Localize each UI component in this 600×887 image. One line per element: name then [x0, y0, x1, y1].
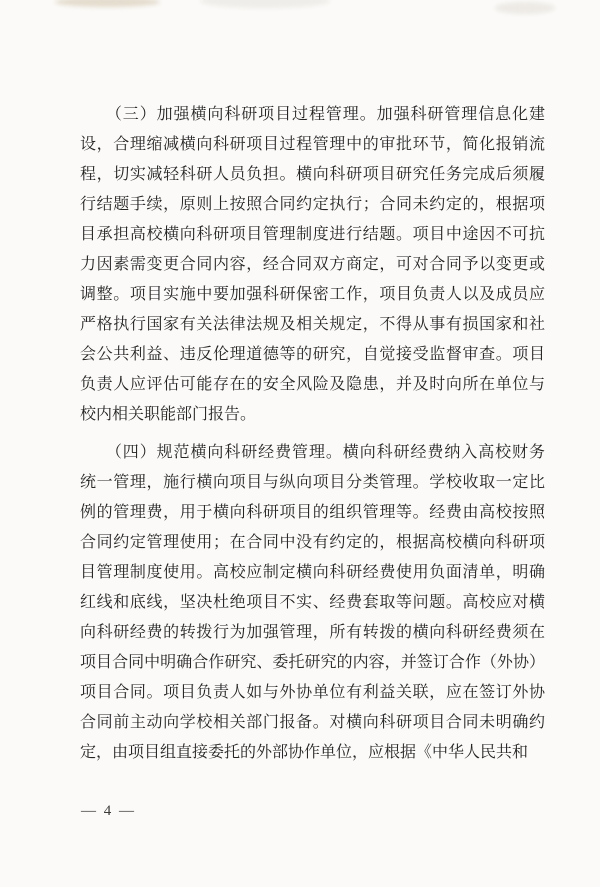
text-line: 严格执行国家有关法律法规及相关规定，不得从事有损国家和社 — [80, 310, 545, 340]
text-line: （三）加强横向科研项目过程管理。加强科研管理信息化建 — [80, 100, 545, 130]
text-line: 红线和底线，坚决杜绝项目不实、经费套取等问题。高校应对横 — [80, 588, 545, 618]
text-line: 目管理制度使用。高校应制定横向科研经费使用负面清单，明确 — [80, 558, 545, 588]
paragraph: （三）加强横向科研项目过程管理。加强科研管理信息化建设，合理缩减横向科研项目过程… — [80, 100, 545, 430]
text-line: 向科研经费的转拨行为加强管理，所有转拨的横向科研经费须在 — [80, 618, 545, 648]
text-line: 合同约定管理使用；在合同中没有约定的，根据高校横向科研项 — [80, 528, 545, 558]
text-line: 行结题手续，原则上按照合同约定执行；合同未约定的，根据项 — [80, 190, 545, 220]
scan-artifact — [55, 0, 160, 7]
text-line: 负责人应评估可能存在的安全风险及隐患，并及时向所在单位与 — [80, 370, 545, 400]
text-line: 目承担高校横向科研项目管理制度进行结题。项目中途因不可抗 — [80, 220, 545, 250]
text-line: （四）规范横向科研经费管理。横向科研经费纳入高校财务 — [80, 438, 545, 468]
text-line: 校内相关职能部门报告。 — [80, 400, 545, 430]
text-line: 项目合同中明确合作研究、委托研究的内容，并签订合作（外协） — [80, 648, 545, 678]
scan-artifact — [200, 0, 330, 8]
text-line: 合同前主动向学校相关部门报备。对横向科研项目合同未明确约 — [80, 708, 545, 738]
text-line: 设，合理缩减横向科研项目过程管理中的审批环节，简化报销流 — [80, 130, 545, 160]
page-number: — 4 — — [81, 801, 136, 821]
text-line: 项目合同。项目负责人如与外协单位有利益关联，应在签订外协 — [80, 678, 545, 708]
document-body: （三）加强横向科研项目过程管理。加强科研管理信息化建设，合理缩减横向科研项目过程… — [80, 100, 545, 768]
text-line: 程，切实减轻科研人员负担。横向科研项目研究任务完成后须履 — [80, 160, 545, 190]
text-line: 定，由项目组直接委托的外部协作单位，应根据《中华人民共和 — [80, 738, 545, 768]
text-line: 力因素需变更合同内容，经合同双方商定，可对合同予以变更或 — [80, 250, 545, 280]
text-line: 会公共利益、违反伦理道德等的研究，自觉接受监督审查。项目 — [80, 340, 545, 370]
scan-artifact — [495, 2, 555, 14]
text-line: 调整。项目实施中要加强科研保密工作，项目负责人以及成员应 — [80, 280, 545, 310]
paragraph: （四）规范横向科研经费管理。横向科研经费纳入高校财务统一管理，施行横向项目与纵向… — [80, 438, 545, 768]
text-line: 例的管理费，用于横向科研项目的组织管理等。经费由高校按照 — [80, 498, 545, 528]
text-line: 统一管理，施行横向项目与纵向项目分类管理。学校收取一定比 — [80, 468, 545, 498]
